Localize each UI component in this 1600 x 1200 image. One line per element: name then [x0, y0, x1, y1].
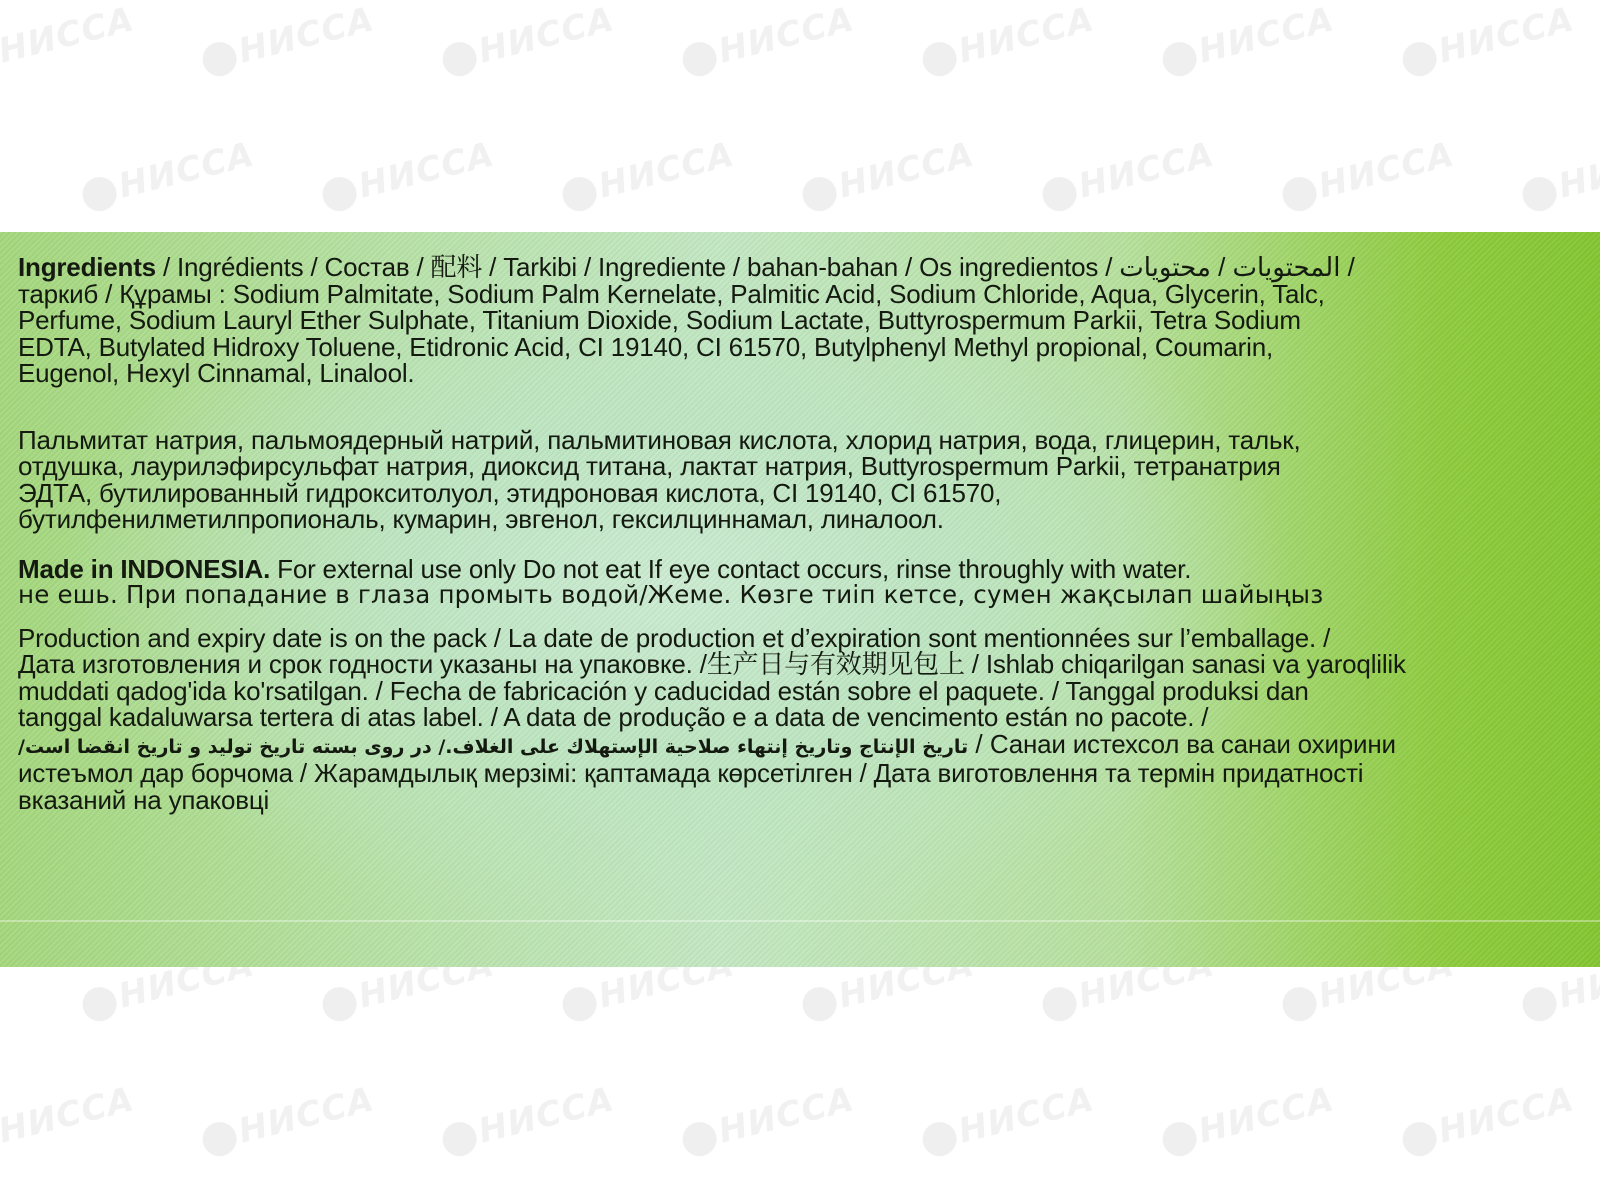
ingredients-line-1: Ingredients / Ingrédients / Состав / 配料 … [18, 254, 1588, 281]
watermark-logo: НИССА [1158, 0, 1339, 81]
warning-line-kazakh: не ешь. При попадание в глаза промыть во… [18, 582, 1588, 609]
watermark-logo-icon [919, 1118, 960, 1159]
watermark-logo-icon [1519, 173, 1560, 214]
watermark-logo: НИССА [0, 0, 138, 81]
watermark-logo: НИССА [678, 1079, 859, 1160]
watermark-logo-icon [439, 38, 480, 79]
ingredients-ru-line-3: ЭДТА, бутилированный гидрокситолуол, эти… [18, 480, 1588, 507]
label-fold-line [0, 920, 1600, 922]
watermark-logo-icon [1159, 1118, 1200, 1159]
watermark-logo: НИССА [1158, 1079, 1339, 1160]
watermark-logo: НИССА [78, 134, 259, 215]
watermark-logo: НИССА [198, 0, 379, 81]
watermark-logo-icon [1039, 173, 1080, 214]
watermark-logo-icon [1279, 173, 1320, 214]
ingredients-line-3: Perfume, Sodium Lauryl Ether Sulphate, T… [18, 307, 1588, 334]
watermark-logo: НИССА [1398, 0, 1579, 81]
ingredients-ru-line-2: отдушка, лаурилэфирсульфат натрия, диокс… [18, 453, 1588, 480]
ingredients-heading: Ingredients [18, 252, 156, 282]
watermark-logo: НИССА [0, 1079, 138, 1160]
dates-line-2: Дата изготовления и срок годности указан… [18, 651, 1588, 678]
watermark-logo-icon [679, 1118, 720, 1159]
watermark-logo: НИССА [318, 134, 499, 215]
dates-arabic-persian: تاريخ الإنتاج وتاريخ إنتهاء صلاحية الإست… [18, 736, 968, 758]
watermark-logo-icon [799, 173, 840, 214]
product-label: Ingredients / Ingrédients / Состав / 配料 … [0, 232, 1600, 967]
watermark-logo-icon [1399, 38, 1440, 79]
watermark-logo-icon [319, 173, 360, 214]
watermark-logo-icon [919, 38, 960, 79]
ingredients-ru-line-1: Пальмитат натрия, пальмоядерный натрий, … [18, 427, 1588, 454]
origin-and-warnings: Made in INDONESIA. For external use only… [18, 556, 1588, 609]
watermark-logo-icon [1399, 1118, 1440, 1159]
watermark-logo: НИССА [918, 1079, 1099, 1160]
watermark-logo-icon [79, 983, 120, 1024]
watermark-logo: НИССА [1518, 134, 1600, 215]
watermark-logo-icon [679, 38, 720, 79]
watermark-logo-icon [1159, 38, 1200, 79]
watermark-logo: НИССА [678, 0, 859, 81]
ingredients-russian: Пальмитат натрия, пальмоядерный натрий, … [18, 427, 1588, 533]
dates-line-6: истеъмол дар борчома / Жарамдылық мерзім… [18, 760, 1588, 787]
watermark-logo-icon [1519, 983, 1560, 1024]
watermark-logo-icon [199, 1118, 240, 1159]
ingredients-line-5: Eugenol, Hexyl Cinnamal, Linalool. [18, 360, 1588, 387]
watermark-logo-icon [199, 38, 240, 79]
watermark-logo-icon [439, 1118, 480, 1159]
watermark-logo: НИССА [558, 134, 739, 215]
watermark-logo-icon [79, 173, 120, 214]
watermark-logo: НИССА [198, 1079, 379, 1160]
label-text: Ingredients / Ingrédients / Состав / 配料 … [18, 254, 1588, 813]
watermark-logo: НИССА [438, 1079, 619, 1160]
made-in-heading: Made in INDONESIA. [18, 554, 270, 584]
watermark-logo: НИССА [798, 134, 979, 215]
made-in-line: Made in INDONESIA. For external use only… [18, 556, 1588, 583]
dates-line-3: muddati qadog'ida ko'rsatilgan. / Fecha … [18, 678, 1588, 705]
watermark-logo: НИССА [1278, 134, 1459, 215]
watermark-logo: НИССА [1038, 134, 1219, 215]
dates-line-4: tanggal kadaluwarsa tertera di atas labe… [18, 704, 1588, 731]
watermark-logo-icon [1279, 983, 1320, 1024]
ingredients-ru-line-4: бутилфенилметилпропиональ, кумарин, эвге… [18, 506, 1588, 533]
watermark-logo-icon [559, 983, 600, 1024]
dates-notice: Production and expiry date is on the pac… [18, 625, 1588, 814]
dates-line-7: вказаний на упаковці [18, 787, 1588, 814]
watermark-logo: НИССА [1398, 1079, 1579, 1160]
watermark-logo: НИССА [438, 0, 619, 81]
watermark-logo: НИССА [918, 0, 1099, 81]
ingredients-line-4: EDTA, Butylated Hidroxy Toluene, Etidron… [18, 334, 1588, 361]
watermark-logo-icon [559, 173, 600, 214]
ingredients-english: Ingredients / Ingrédients / Состав / 配料 … [18, 254, 1588, 387]
watermark-logo-icon [1039, 983, 1080, 1024]
watermark-logo-icon [319, 983, 360, 1024]
dates-line-1: Production and expiry date is on the pac… [18, 625, 1588, 652]
dates-line-5: تاريخ الإنتاج وتاريخ إنتهاء صلاحية الإست… [18, 731, 1588, 761]
watermark-logo-icon [799, 983, 840, 1024]
ingredients-line-2: таркиб / Құрамы : Sodium Palmitate, Sodi… [18, 281, 1588, 308]
